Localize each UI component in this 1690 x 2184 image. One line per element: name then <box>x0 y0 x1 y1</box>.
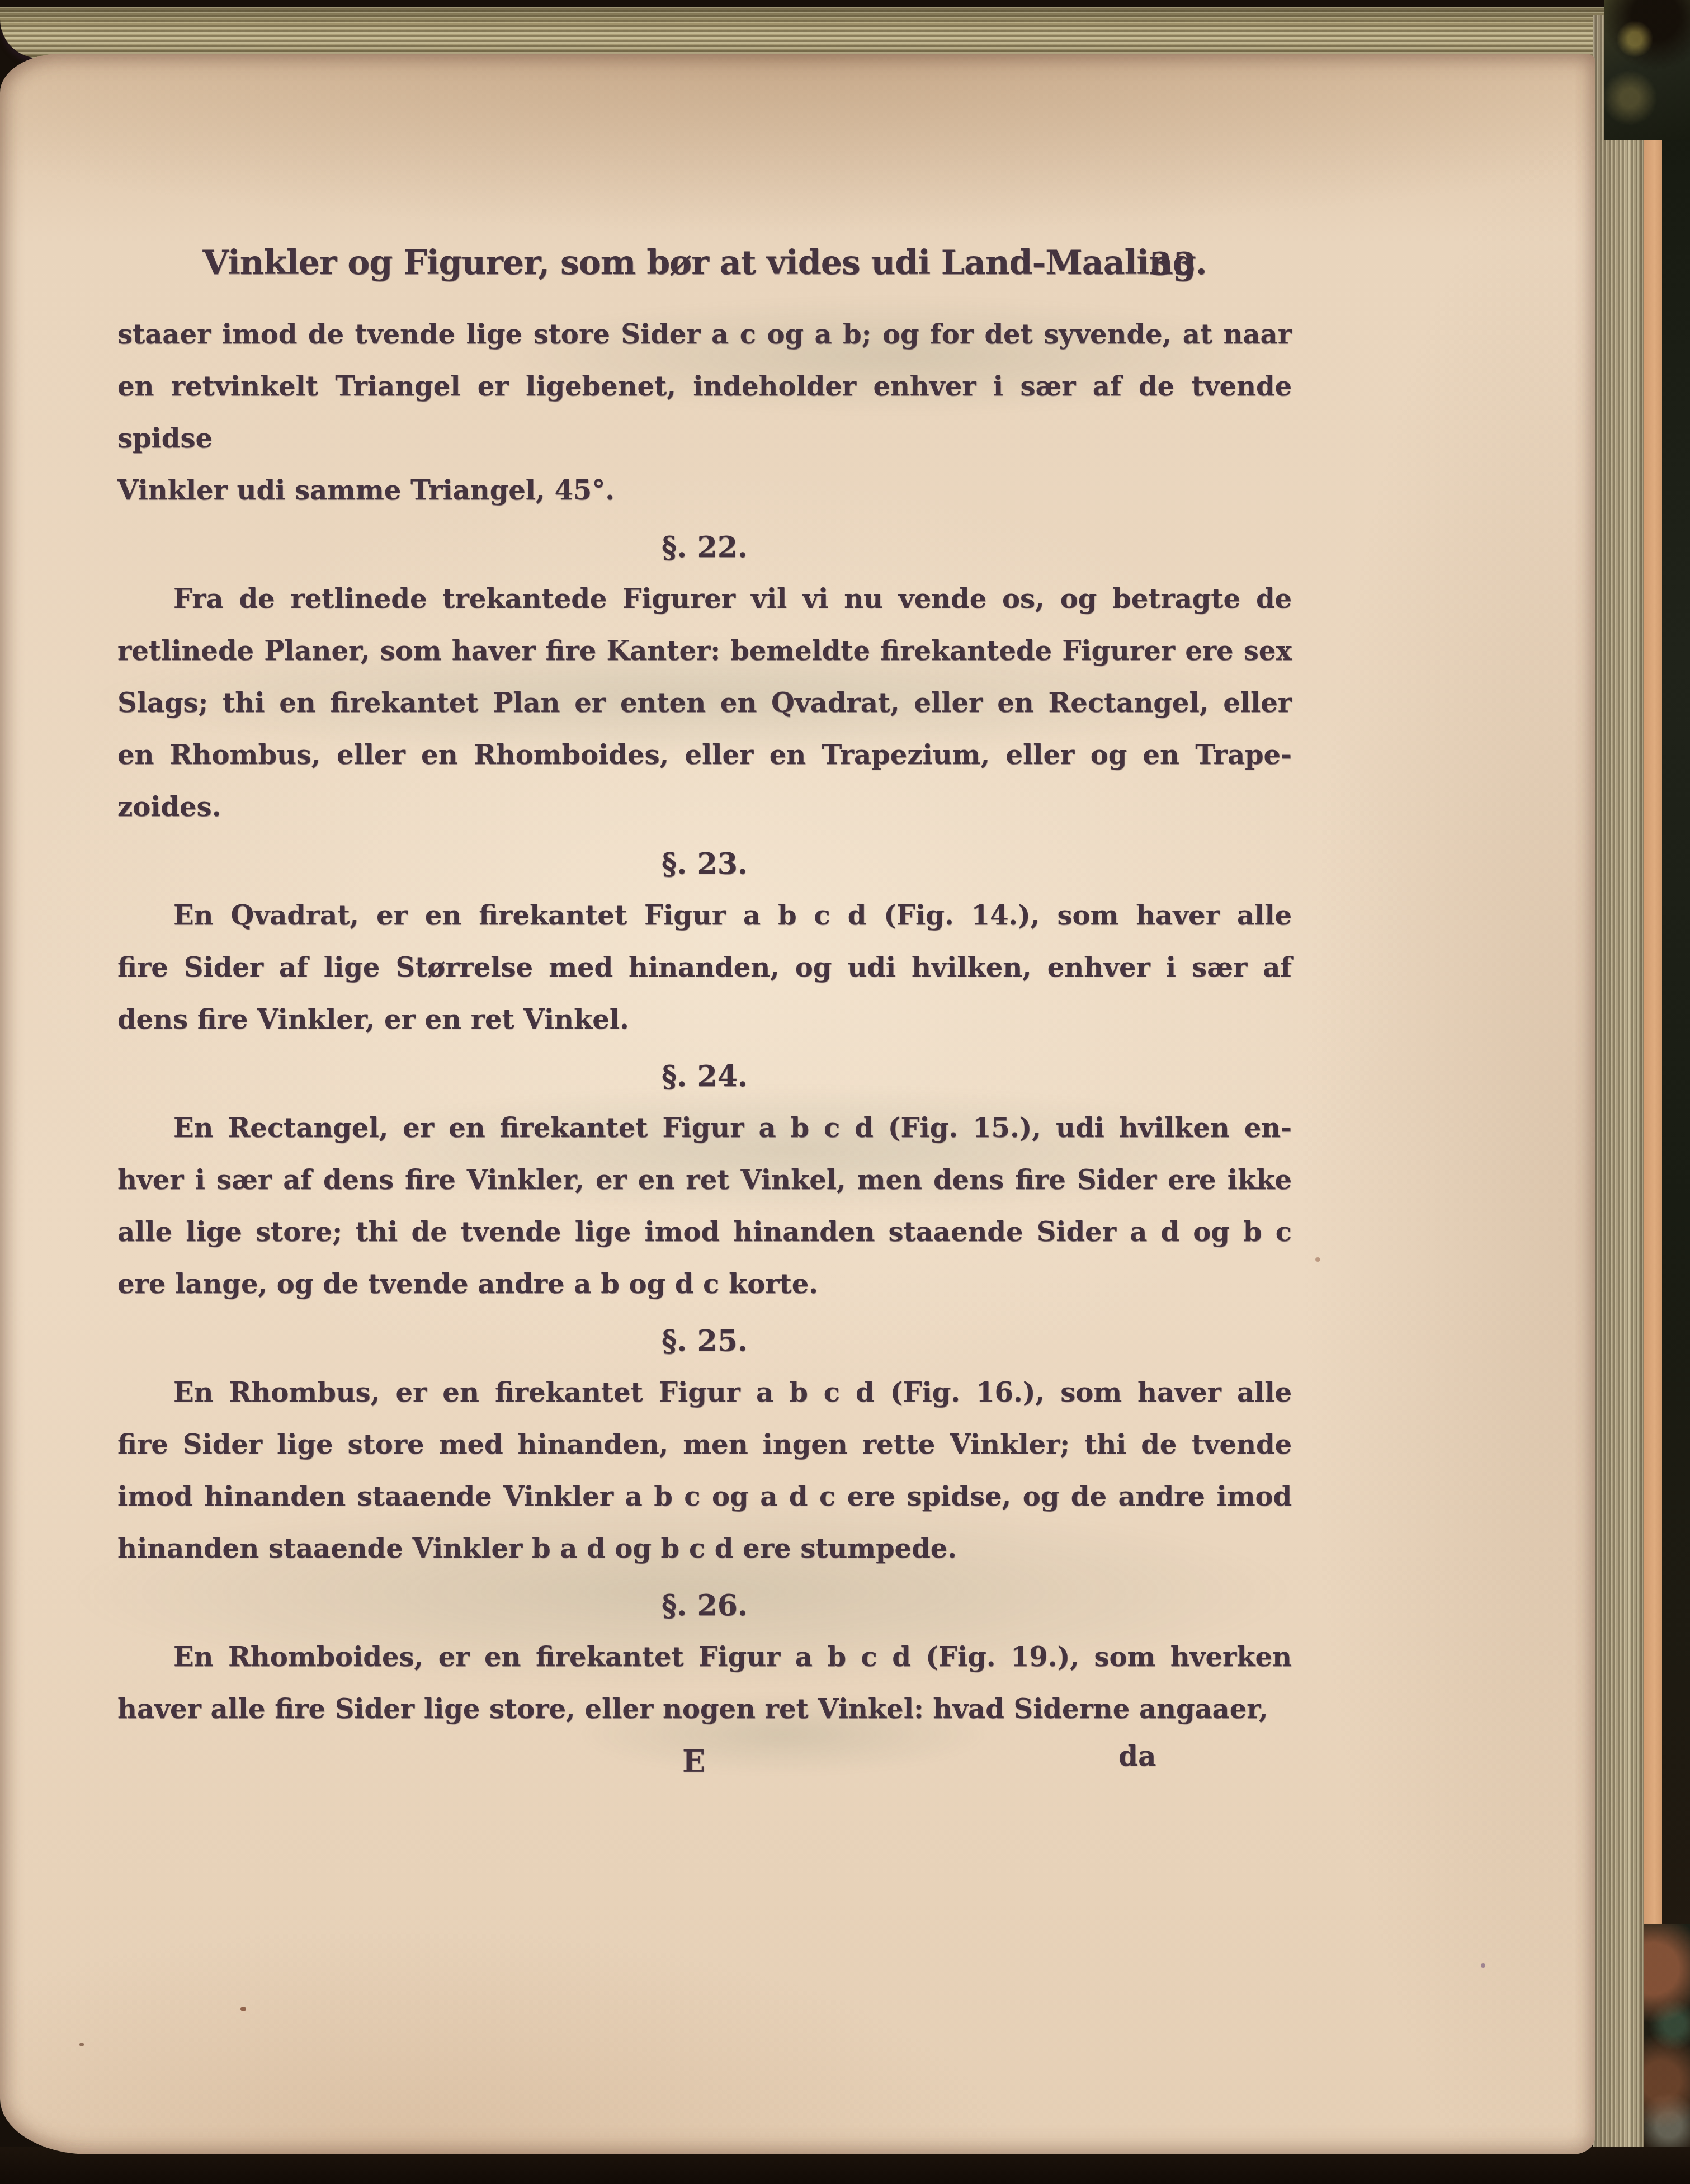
text-flow: staaer imod de tvende lige store Sider a… <box>117 309 1292 1735</box>
text-line: en Rhombus, eller en Rhomboides, eller e… <box>117 729 1292 781</box>
section-heading: §. 26. <box>117 1579 1292 1631</box>
catchword: da <box>1118 1730 1156 1782</box>
section-heading: §. 24. <box>117 1050 1292 1102</box>
text-line: fire Sider af lige Størrelse med hinande… <box>117 942 1292 994</box>
page-number: 33 <box>1150 242 1198 286</box>
paper-speck <box>1315 1257 1320 1262</box>
text-line: zoides. <box>117 781 1292 833</box>
text-line: fire Sider lige store med hinanden, men … <box>117 1419 1292 1471</box>
text-block: Vinkler og Figurer, som bør at vides udi… <box>117 240 1292 1787</box>
text-line: alle lige store; thi de tvende lige imod… <box>117 1206 1292 1258</box>
text-line: hver i sær af dens fire Vinkler, er en r… <box>117 1154 1292 1206</box>
section-heading: §. 25. <box>117 1315 1292 1367</box>
signature-mark: E <box>682 1735 705 1787</box>
running-title: Vinkler og Figurer, som bør at vides udi… <box>117 240 1292 285</box>
text-line: en retvinkelt Triangel er ligebenet, ind… <box>117 361 1292 465</box>
book-page: Vinkler og Figurer, som bør at vides udi… <box>0 54 1595 2154</box>
scanned-book-photo: { "document": { "type": "scanned-book-pa… <box>0 0 1690 2184</box>
text-line: ere lange, og de tvende andre a b og d c… <box>117 1258 1292 1310</box>
leather-cover-edge <box>1662 0 1690 2184</box>
text-line: En Rhomboides, er en firekantet Figur a … <box>117 1631 1292 1683</box>
text-line: hinanden staaende Vinkler b a d og b c d… <box>117 1523 1292 1575</box>
worn-cover-corner <box>1604 0 1690 140</box>
text-line: imod hinanden staaende Vinkler a b c og … <box>117 1471 1292 1523</box>
text-line: En Qvadrat, er en firekantet Figur a b c… <box>117 890 1292 942</box>
text-line: dens fire Vinkler, er en ret Vinkel. <box>117 994 1292 1046</box>
text-line: staaer imod de tvende lige store Sider a… <box>117 309 1292 361</box>
text-line: retlinede Planer, som haver fire Kanter:… <box>117 625 1292 677</box>
paper-speck <box>79 2043 84 2046</box>
page-header: Vinkler og Figurer, som bør at vides udi… <box>117 240 1292 285</box>
marbled-cover-corner <box>1637 1924 1690 2148</box>
section-heading: §. 23. <box>117 838 1292 890</box>
text-line: Fra de retlinede trekantede Figurer vil … <box>117 573 1292 625</box>
text-line: Vinkler udi samme Triangel, 45°. <box>117 465 1292 517</box>
gilt-fore-page-edges <box>1593 15 1644 2166</box>
text-line: haver alle fire Sider lige store, eller … <box>117 1683 1292 1735</box>
text-line: Slags; thi en firekantet Plan er enten e… <box>117 677 1292 729</box>
page-footer: E da <box>117 1735 1292 1787</box>
gilt-top-page-edges <box>0 7 1617 58</box>
paper-speck <box>1481 1963 1485 1968</box>
paper-speck <box>240 2007 246 2011</box>
text-line: En Rhombus, er en firekantet Figur a b c… <box>117 1367 1292 1419</box>
section-heading: §. 22. <box>117 521 1292 573</box>
text-line: En Rectangel, er en firekantet Figur a b… <box>117 1102 1292 1154</box>
